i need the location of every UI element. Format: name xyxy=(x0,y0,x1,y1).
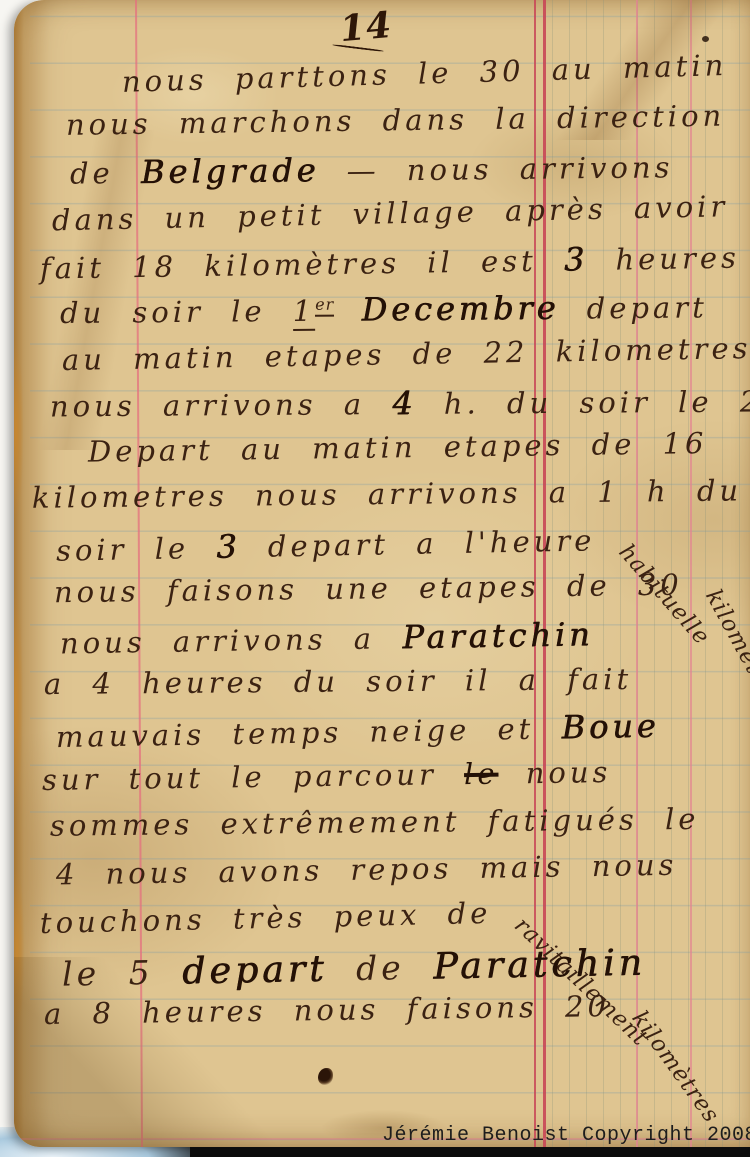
handwriting-segment: heures xyxy=(588,241,740,277)
handwriting-segment: sommes extrêmement fatigués le xyxy=(50,802,700,843)
handwriting-segment: kilometres nous arrivons a 1 h du xyxy=(32,474,742,515)
handwriting-segment: Paratchin xyxy=(433,941,646,988)
handwriting-segment: sur tout le parcour xyxy=(42,757,465,797)
handwriting-segment xyxy=(334,293,362,327)
handwriting-segment: nous arrivons a xyxy=(60,621,403,660)
handwriting-segment: de xyxy=(70,155,141,190)
handwriting-segment: depart xyxy=(182,947,328,993)
handwriting-segment: 4 xyxy=(392,383,417,421)
handwriting-segment: nous parttons le 30 au matin xyxy=(121,48,727,99)
handwriting-segment: depart a l'heure xyxy=(240,523,623,564)
handwriting-segment: nous arrivons a xyxy=(50,387,393,423)
handwriting-segment: de xyxy=(327,948,433,989)
handwriting-segment: soir le xyxy=(56,531,217,568)
handwriting-segment: le xyxy=(464,757,499,791)
manuscript-line: au matin etapes de 22 kilometres xyxy=(62,331,750,390)
page-number: 14 xyxy=(338,4,394,50)
handwriting-segment: du soir le xyxy=(60,294,293,330)
handwriting-segment: Paratchin xyxy=(402,615,594,656)
handwriting-segment: Depart au matin etapes de 16 xyxy=(88,426,708,469)
handwriting-segment: er xyxy=(315,295,334,317)
handwriting-segment: — nous arrivons xyxy=(319,150,673,188)
copyright-watermark: Jérémie Benoist Copyright 2008 xyxy=(382,1124,750,1147)
handwriting-segment: nous faisons une etapes de 30 xyxy=(54,567,710,609)
manuscript-line: sommes extrêmement fatigués le xyxy=(50,801,750,855)
ink-speck xyxy=(702,36,709,42)
manuscript-line: a 8 heures nous faisons 20 kilomètres xyxy=(44,987,750,1044)
handwriting-segment: a 8 heures nous faisons 20 xyxy=(44,989,638,1031)
manuscript-line: fait 18 kilomètres il est 3 heures xyxy=(40,238,750,296)
handwriting-segment: depart xyxy=(559,290,708,325)
manuscript-line: sur tout le parcour le nous xyxy=(42,753,750,810)
handwriting-segment: h. du soir le 2 xyxy=(416,384,750,420)
handwriting-segment: 3 xyxy=(564,240,589,278)
handwriting-segment: mauvais temps neige et xyxy=(56,711,562,754)
handwriting-segment: 1 xyxy=(293,294,316,331)
handwriting-segment: Decembre xyxy=(361,289,559,329)
handwriting-segment: nous xyxy=(498,755,611,791)
manuscript-line: nous arrivons a 4 h. du soir le 2 xyxy=(50,381,750,433)
handwriting-segment: 3 xyxy=(216,527,241,565)
manuscript-line: nous marchons dans la direction xyxy=(66,98,750,154)
manuscript-text: nous parttons le 30 au matinnous marchon… xyxy=(30,56,750,1039)
handwriting-segment: a 4 heures du soir il a fait xyxy=(44,662,632,701)
scanned-notebook-page: 14 nous parttons le 30 au matinnous marc… xyxy=(0,0,750,1157)
handwriting-segment: le 5 xyxy=(62,953,183,994)
handwriting-segment: Boue xyxy=(561,707,660,747)
handwriting-segment: fait 18 kilomètres il est xyxy=(40,244,564,286)
handwriting-segment: Belgrade xyxy=(141,151,320,191)
notebook-paper: 14 nous parttons le 30 au matinnous marc… xyxy=(14,0,750,1147)
